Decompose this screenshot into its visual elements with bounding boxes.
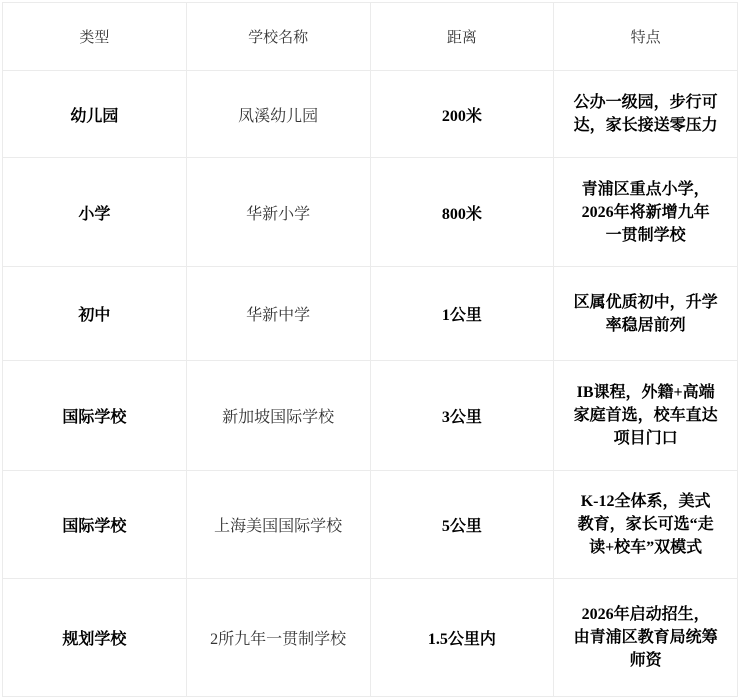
column-header-features: 特点 [554,3,738,71]
column-header-school-name: 学校名称 [186,3,370,71]
cell-school-type: 国际学校 [3,471,187,579]
cell-distance: 1.5公里内 [370,579,554,697]
cell-school-name: 华新中学 [186,267,370,361]
header-row: 类型 学校名称 距离 特点 [3,3,738,71]
table-row: 初中 华新中学 1公里 区属优质初中，升学 率稳居前列 [3,267,738,361]
cell-distance: 800米 [370,158,554,267]
table-body: 幼儿园 凤溪幼儿园 200米 公办一级园，步行可 达，家长接送零压力 小学 华新… [3,71,738,697]
column-header-distance: 距离 [370,3,554,71]
cell-distance: 200米 [370,71,554,158]
cell-school-name: 华新小学 [186,158,370,267]
cell-features: IB课程，外籍+高端 家庭首选，校车直达 项目门口 [554,361,738,471]
cell-features: 区属优质初中，升学 率稳居前列 [554,267,738,361]
cell-school-name: 凤溪幼儿园 [186,71,370,158]
table-row: 国际学校 上海美国国际学校 5公里 K-12全体系，美式 教育，家长可选“走 读… [3,471,738,579]
table-row: 小学 华新小学 800米 青浦区重点小学， 2026年将新增九年 一贯制学校 [3,158,738,267]
cell-school-name: 2所九年一贯制学校 [186,579,370,697]
cell-school-name: 上海美国国际学校 [186,471,370,579]
cell-distance: 3公里 [370,361,554,471]
cell-features: 青浦区重点小学， 2026年将新增九年 一贯制学校 [554,158,738,267]
cell-school-type: 国际学校 [3,361,187,471]
cell-school-type: 规划学校 [3,579,187,697]
table-row: 规划学校 2所九年一贯制学校 1.5公里内 2026年启动招生， 由青浦区教育局… [3,579,738,697]
schools-table: 类型 学校名称 距离 特点 幼儿园 凤溪幼儿园 200米 公办一级园，步行可 达… [2,2,738,697]
cell-school-type: 小学 [3,158,187,267]
cell-features: 公办一级园，步行可 达，家长接送零压力 [554,71,738,158]
column-header-type: 类型 [3,3,187,71]
cell-school-type: 幼儿园 [3,71,187,158]
cell-school-name: 新加坡国际学校 [186,361,370,471]
cell-distance: 1公里 [370,267,554,361]
cell-features: 2026年启动招生， 由青浦区教育局统筹 师资 [554,579,738,697]
cell-features: K-12全体系，美式 教育，家长可选“走 读+校车”双模式 [554,471,738,579]
cell-distance: 5公里 [370,471,554,579]
table-row: 幼儿园 凤溪幼儿园 200米 公办一级园，步行可 达，家长接送零压力 [3,71,738,158]
table-row: 国际学校 新加坡国际学校 3公里 IB课程，外籍+高端 家庭首选，校车直达 项目… [3,361,738,471]
cell-school-type: 初中 [3,267,187,361]
